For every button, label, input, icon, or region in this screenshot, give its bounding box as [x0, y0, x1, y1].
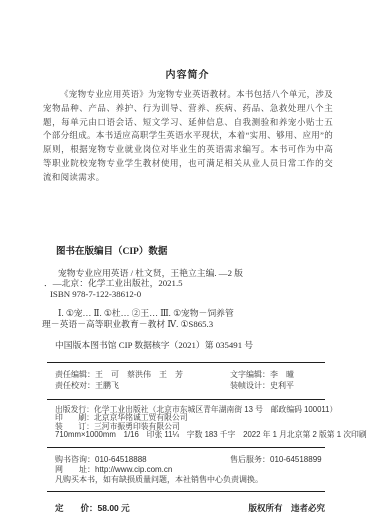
- staff-left-column: 责任编辑：王 可 蔡洪伟 王 芳 责任校对：王鹏飞: [55, 369, 230, 392]
- book-copyright-page: 内容简介 《宠物专业应用英语》为宠物专业英语教材。本书包括八个单元，涉及宠物品种…: [0, 0, 375, 524]
- divider: [47, 491, 325, 492]
- responsible-proofreader-value: 王鹏飞: [95, 381, 119, 390]
- text-editor-row: 文字编辑：李 曈: [230, 369, 325, 381]
- cip-entry-line-2: ．—北京：化学工业出版社，2021.5: [44, 278, 331, 289]
- staff-credits-block: 责任编辑：王 可 蔡洪伟 王 芳 责任校对：王鹏飞 文字编辑：李 曈 装帧设计：…: [55, 369, 325, 392]
- divider: [47, 399, 325, 400]
- website-line: 网 址：http://www.cip.com.cn: [55, 465, 330, 475]
- design-value: 史利平: [270, 381, 294, 390]
- content-summary-paragraph: 《宠物专业应用英语》为宠物专业英语教材。本书包括八个单元，涉及宠物品种、产品、养…: [43, 88, 333, 185]
- responsible-proofreader-label: 责任校对：: [55, 381, 95, 390]
- phone-row: 购书咨询：010-64518888 售后服务：010-64518899: [55, 455, 330, 465]
- cip-heading: 图书在版编目（CIP）数据: [56, 243, 331, 257]
- responsible-editor-label: 责任编辑：: [55, 370, 95, 379]
- text-editor-label: 文字编辑：: [230, 370, 270, 379]
- design-row: 装帧设计：史利平: [230, 380, 325, 392]
- contact-info-block: 购书咨询：010-64518888 售后服务：010-64518899 网 址：…: [55, 455, 330, 486]
- cip-record-number: 中国版本图书馆 CIP 数据核字（2021）第 035491 号: [55, 338, 331, 351]
- isbn-number: ISBN 978-7-122-38612-0: [50, 289, 331, 300]
- text-editor-value: 李 曈: [270, 370, 294, 379]
- publication-info-block: 出版发行：化学工业出版社（北京市东城区青年湖南街 13 号 邮政编码 10001…: [55, 406, 335, 440]
- cip-data-block: 图书在版编目（CIP）数据 宠物专业应用英语 / 杜文贤，王艳立主编. —2 版…: [42, 243, 331, 351]
- responsible-editor-value: 王 可 蔡洪伟 王 芳: [95, 370, 183, 379]
- responsible-proofreader-row: 责任校对：王鹏飞: [55, 380, 230, 392]
- purchase-phone: 购书咨询：010-64518888: [55, 455, 230, 465]
- print-spec-line: 710mm×1000mm 1/16 印张 11¼ 字数 183 千字 2022 …: [55, 431, 335, 440]
- design-label: 装帧设计：: [230, 381, 270, 390]
- footer-block: 定 价：58.00 元 版权所有 违者必究: [55, 502, 325, 514]
- copyright-notice: 版权所有 违者必究: [248, 502, 325, 514]
- responsible-editor-row: 责任编辑：王 可 蔡洪伟 王 芳: [55, 369, 230, 381]
- cip-classification-line-2: 理－英语－高等职业教育－教材 Ⅳ. ①S865.3: [42, 319, 331, 330]
- cip-classification-line-1: Ⅰ. ①宠… Ⅱ. ①杜… ②王… Ⅲ. ①宠物－饲养管: [58, 308, 331, 319]
- staff-right-column: 文字编辑：李 曈 装帧设计：史利平: [230, 369, 325, 392]
- content-summary-heading: 内容简介: [0, 0, 375, 81]
- service-phone: 售后服务：010-64518899: [230, 455, 322, 465]
- divider: [47, 362, 325, 363]
- price-line: 定 价：58.00 元: [55, 502, 130, 514]
- cip-entry-line-1: 宠物专业应用英语 / 杜文贤，王艳立主编. —2 版: [58, 268, 331, 279]
- replacement-notice: 凡购买本书，如有缺损质量问题，本社销售中心负责调换。: [55, 475, 330, 485]
- divider: [47, 447, 325, 448]
